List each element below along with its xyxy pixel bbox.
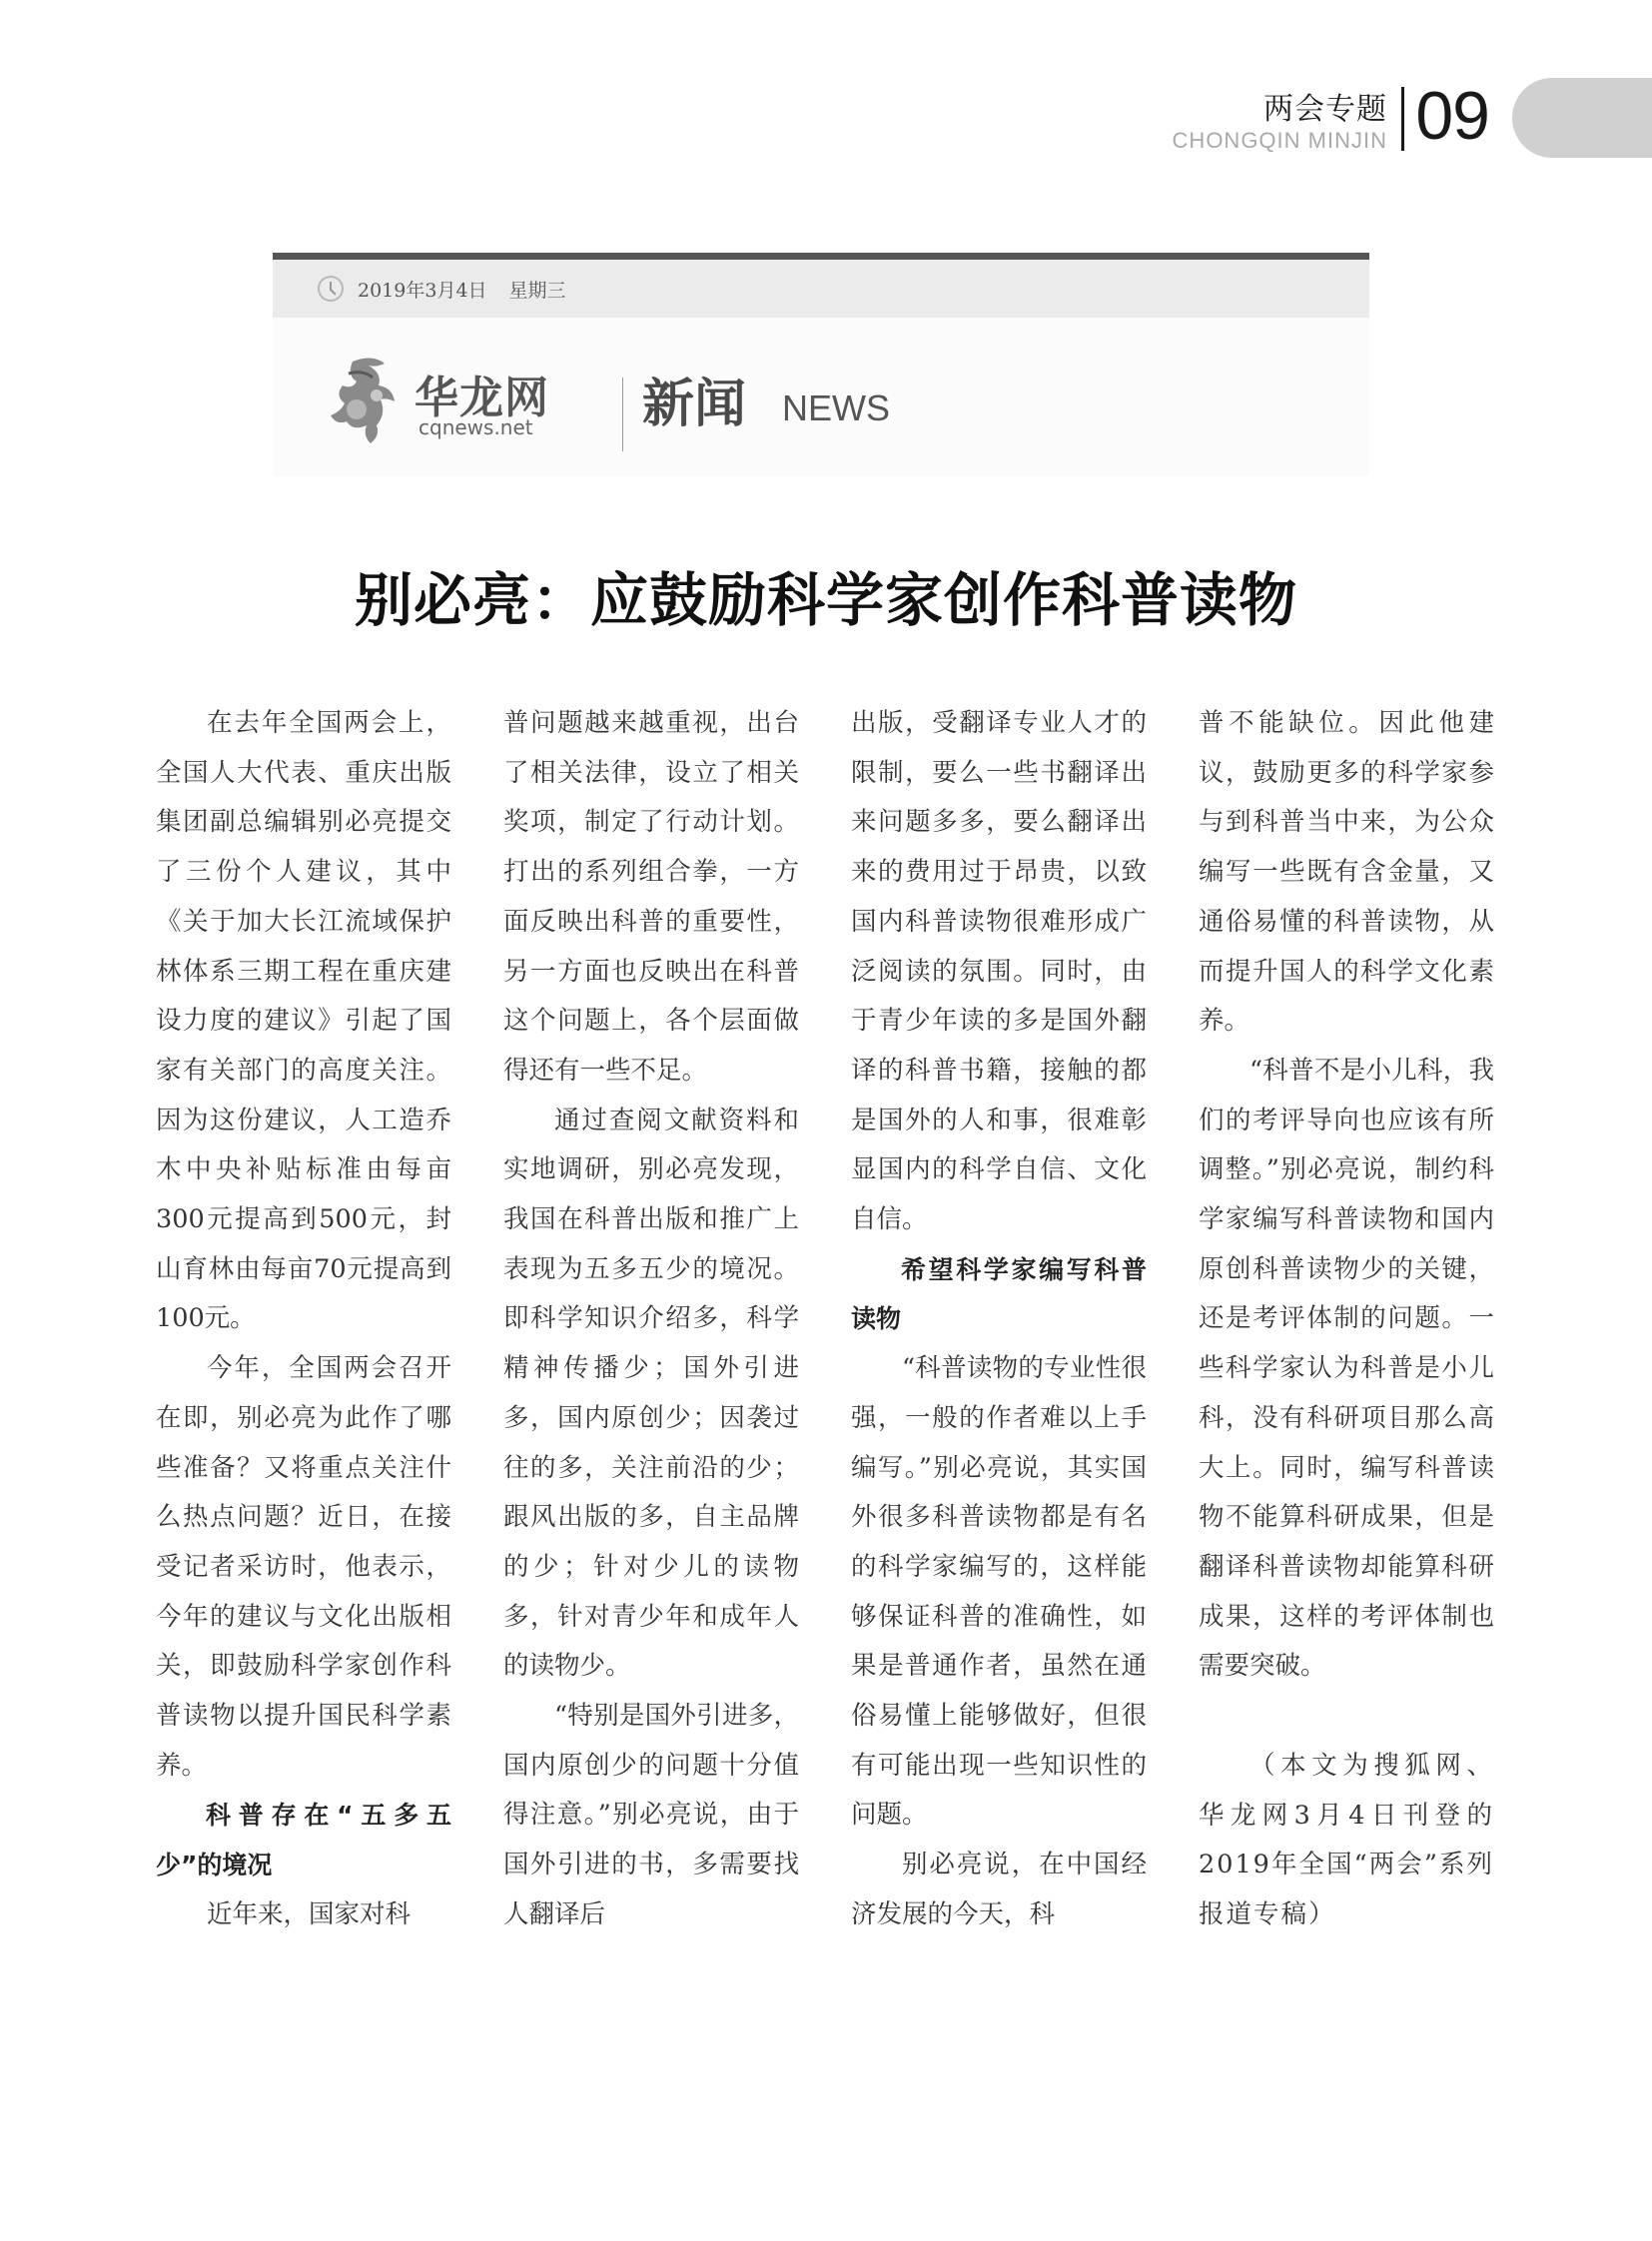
column-3: 出版，受翻译专业人才的限制，要么一些书翻译出来问题多多，要么翻译出来的费用过于昂… xyxy=(851,699,1147,1940)
paragraph-continued: 普问题越来越重视，出台了相关法律，设立了相关奖项，制定了行动计划。打出的系列组合… xyxy=(503,699,799,1097)
weekday-text: 星期三 xyxy=(509,276,566,303)
brand-domain: cqnews.net xyxy=(418,415,533,439)
logo-divider xyxy=(622,377,623,451)
paragraph: 在去年全国两会上，全国人大代表、重庆出版集团副总编辑别必亮提交了三份个人建议，其… xyxy=(156,699,451,1344)
site-logo-area: 华龙网 cqnews.net 新闻 NEWS xyxy=(273,318,1369,476)
paragraph: “特别是国外引进多，国内原创少的问题十分值得注意。”别必亮说，由于国外引进的书，… xyxy=(503,1692,799,1940)
page-edge-tab xyxy=(1512,78,1652,158)
source-note: （本文为搜狐网、华龙网3月4日刊登的2019年全国“两会”系列报道专稿） xyxy=(1199,1742,1494,1940)
column-4: 普不能缺位。因此他建议，鼓励更多的科学家参与到科普当中来，为公众编写一些既有含金… xyxy=(1199,699,1494,1940)
running-header: 两会专题 CHONGQIN MINJIN 09 xyxy=(1033,40,1652,160)
column-1: 在去年全国两会上，全国人大代表、重庆出版集团副总编辑别必亮提交了三份个人建议，其… xyxy=(156,699,451,1940)
dragon-logo-icon xyxy=(323,352,414,447)
paragraph: 今年，全国两会召开在即，别必亮为此作了哪些准备？又将重点关注什么热点问题？近日，… xyxy=(156,1344,451,1791)
paragraph: 近年来，国家对科 xyxy=(156,1890,451,1940)
paragraph-continued: 出版，受翻译专业人才的限制，要么一些书翻译出来问题多多，要么翻译出来的费用过于昂… xyxy=(851,699,1147,1245)
paragraph-continued: 普不能缺位。因此他建议，鼓励更多的科学家参与到科普当中来，为公众编写一些既有含金… xyxy=(1199,699,1494,1047)
section-title: 两会专题 xyxy=(1263,84,1387,128)
subheading: 科普存在“五多五少”的境况 xyxy=(156,1791,451,1889)
paragraph: 通过查阅文献资料和实地调研，别必亮发现，我国在科普出版和推广上表现为五多五少的境… xyxy=(503,1097,799,1692)
paragraph: “科普读物的专业性很强，一般的作者难以上手编写。”别必亮说，其实国外很多科普读物… xyxy=(851,1344,1147,1841)
screenshot-top-bar xyxy=(273,253,1369,260)
date-bar: 2019年3月4日 星期三 xyxy=(273,260,1369,318)
article-body: 在去年全国两会上，全国人大代表、重庆出版集团副总编辑别必亮提交了三份个人建议，其… xyxy=(156,699,1494,1940)
clock-icon xyxy=(318,276,344,302)
page-number: 09 xyxy=(1415,76,1489,156)
article-title: 别必亮：应鼓励科学家创作科普读物 xyxy=(0,553,1652,637)
subheading: 希望科学家编写科普读物 xyxy=(851,1245,1147,1344)
column-2: 普问题越来越重视，出台了相关法律，设立了相关奖项，制定了行动计划。打出的系列组合… xyxy=(503,699,799,1940)
header-divider xyxy=(1401,87,1404,151)
paragraph: 别必亮说，在中国经济发展的今天，科 xyxy=(851,1841,1147,1939)
channel-name-en: NEWS xyxy=(782,387,890,429)
magazine-name: CHONGQIN MINJIN xyxy=(1173,128,1387,154)
paragraph: “科普不是小儿科，我们的考评导向也应该有所调整。”别必亮说，制约科学家编写科普读… xyxy=(1199,1047,1494,1692)
date-text: 2019年3月4日 xyxy=(358,276,487,303)
website-screenshot: 2019年3月4日 星期三 华龙网 cqnews.net 新闻 NEWS xyxy=(273,253,1369,476)
channel-name-cn: 新闻 xyxy=(642,362,746,436)
